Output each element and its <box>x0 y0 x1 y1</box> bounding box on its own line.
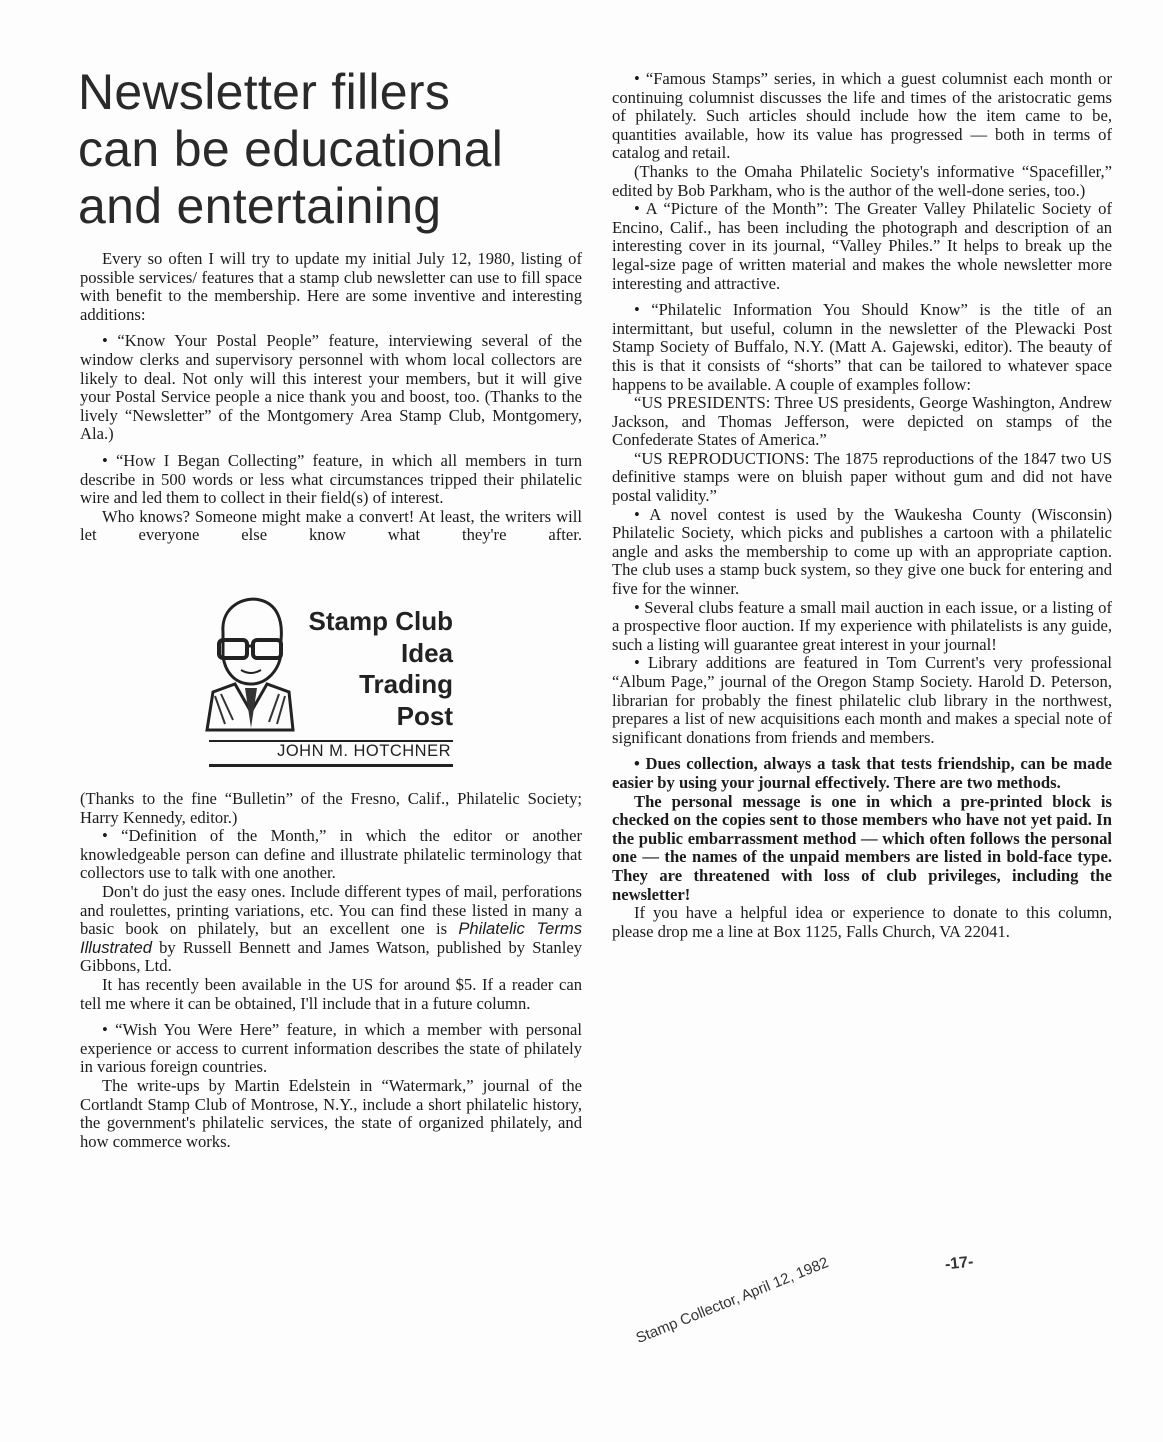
paragraph-intro: Every so often I will try to update my i… <box>80 250 582 324</box>
source-citation: Stamp Collector, April 12, 1982 <box>634 1254 831 1347</box>
column-title-line: Idea <box>309 638 453 670</box>
column-title-line: Trading <box>309 669 453 701</box>
paragraph-omaha-thanks: (Thanks to the Omaha Philatelic Society'… <box>612 163 1112 200</box>
column-title-line: Stamp Club <box>309 606 453 638</box>
column-logo: Stamp Club Idea Trading Post JOHN M. HOT… <box>205 592 455 770</box>
author-byline: JOHN M. HOTCHNER <box>277 742 451 761</box>
paragraph-fresno-thanks: (Thanks to the fine “Bulletin” of the Fr… <box>80 790 582 827</box>
paragraph-know-your-postal-people: • “Know Your Postal People” feature, int… <box>80 332 582 444</box>
paragraph-novel-contest: • A novel contest is used by the Waukesh… <box>612 506 1112 599</box>
headline-line: can be educational <box>78 121 578 178</box>
paragraph-availability: It has recently been available in the US… <box>80 976 582 1013</box>
paragraph-library-additions: • Library additions are featured in Tom … <box>612 654 1112 747</box>
column-title-line: Post <box>309 701 453 733</box>
paragraph-dues-collection: • Dues collection, always a task that te… <box>612 755 1112 792</box>
paragraph-personal-message: The personal message is one in which a p… <box>612 793 1112 905</box>
paragraph-famous-stamps: • “Famous Stamps” series, in which a gue… <box>612 70 1112 163</box>
headline-line: and entertaining <box>78 178 578 235</box>
paragraph-us-presidents: “US PRESIDENTS: Three US presidents, Geo… <box>612 394 1112 450</box>
headline-line: Newsletter fillers <box>78 64 578 121</box>
paragraph-philatelic-information: • “Philatelic Information You Should Kno… <box>612 301 1112 394</box>
column-title: Stamp Club Idea Trading Post <box>309 606 453 732</box>
left-column-top: Every so often I will try to update my i… <box>80 250 582 545</box>
divider <box>209 764 453 767</box>
right-column: • “Famous Stamps” series, in which a gue… <box>612 70 1112 941</box>
newspaper-clipping: Newsletter fillers can be educational an… <box>0 0 1163 1442</box>
left-column-bottom: (Thanks to the fine “Bulletin” of the Fr… <box>80 790 582 1151</box>
paragraph-wish-you-were-here: • “Wish You Were Here” feature, in which… <box>80 1021 582 1077</box>
text-run: by Russell Bennett and James Watson, pub… <box>80 938 582 976</box>
paragraph-us-reproductions: “US REPRODUCTIONS: The 1875 reproduction… <box>612 450 1112 506</box>
author-portrait-icon <box>205 592 295 732</box>
page-number: -17- <box>944 1254 974 1275</box>
paragraph-watermark: The write-ups by Martin Edelstein in “Wa… <box>80 1077 582 1151</box>
paragraph-picture-of-month: • A “Picture of the Month”: The Greater … <box>612 200 1112 293</box>
article-headline: Newsletter fillers can be educational an… <box>78 64 578 235</box>
paragraph-who-knows: Who knows? Someone might make a convert!… <box>80 508 582 545</box>
paragraph-contact: If you have a helpful idea or experience… <box>612 904 1112 941</box>
paragraph-how-i-began-collecting: • “How I Began Collecting” feature, in w… <box>80 452 582 508</box>
paragraph-easy-ones: Don't do just the easy ones. Include dif… <box>80 883 582 976</box>
paragraph-mail-auction: • Several clubs feature a small mail auc… <box>612 599 1112 655</box>
paragraph-definition-of-month: • “Definition of the Month,” in which th… <box>80 827 582 883</box>
